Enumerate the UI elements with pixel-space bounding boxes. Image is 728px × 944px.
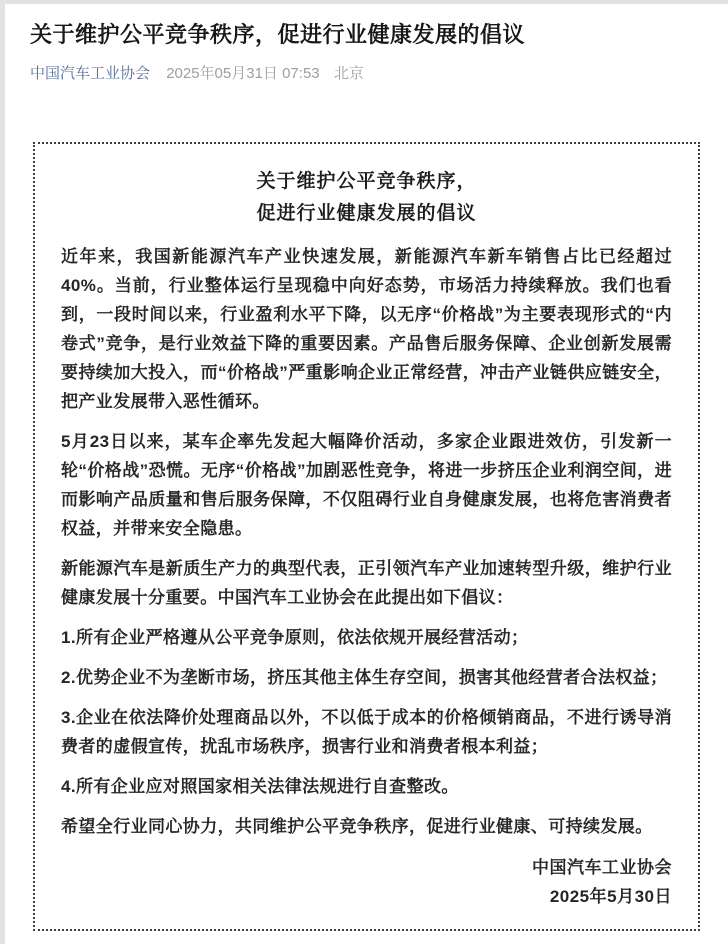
signature-block: 中国汽车工业协会 2025年5月30日 (61, 853, 672, 911)
document-paragraph: 近年来，我国新能源汽车产业快速发展，新能源汽车新车销售占比已经超过40%。当前，… (61, 242, 672, 416)
document-title-line-1: 关于维护公平竞争秩序， (61, 166, 672, 198)
document-paragraph: 1.所有企业严格遵从公平竞争原则，依法依规开展经营活动； (61, 623, 672, 652)
document-title-line-2: 促进行业健康发展的倡议 (61, 198, 672, 230)
publish-location: 北京 (334, 65, 364, 82)
announcement-document-image[interactable]: 关于维护公平竞争秩序， 促进行业健康发展的倡议 近年来，我国新能源汽车产业快速发… (33, 142, 700, 931)
document-title: 关于维护公平竞争秩序， 促进行业健康发展的倡议 (61, 166, 672, 230)
signature-date: 2025年5月30日 (61, 882, 672, 911)
article-title: 关于维护公平竞争秩序，促进行业健康发展的倡议 (30, 20, 700, 50)
document-paragraph: 2.优势企业不为垄断市场，挤压其他主体生存空间，损害其他经营者合法权益； (61, 663, 672, 692)
publish-date: 2025年05月31日 07:53 (166, 65, 319, 82)
document-paragraph: 5月23日以来，某车企率先发起大幅降价活动，多家企业跟进效仿，引发新一轮“价格战… (61, 427, 672, 543)
document-paragraph: 希望全行业同心协力，共同维护公平竞争秩序，促进行业健康、可持续发展。 (61, 812, 672, 841)
document-paragraphs: 近年来，我国新能源汽车产业快速发展，新能源汽车新车销售占比已经超过40%。当前，… (61, 242, 672, 841)
signature-name: 中国汽车工业协会 (61, 853, 672, 882)
document-paragraph: 新能源汽车是新质生产力的典型代表，正引领汽车产业加速转型升级，维护行业健康发展十… (61, 554, 672, 612)
article-header: 关于维护公平竞争秩序，促进行业健康发展的倡议 中国汽车工业协会 2025年05月… (0, 0, 728, 84)
document-paragraph: 3.企业在依法降价处理商品以外，不以低于成本的价格倾销商品，不进行诱导消费者的虚… (61, 703, 672, 761)
window-edge-left (0, 0, 5, 944)
window-edge-top (0, 0, 728, 4)
document-paragraph: 4.所有企业应对照国家相关法律法规进行自查整改。 (61, 772, 672, 801)
byline: 中国汽车工业协会 2025年05月31日 07:53 北京 (30, 63, 700, 84)
article-body: 关于维护公平竞争秩序， 促进行业健康发展的倡议 近年来，我国新能源汽车产业快速发… (0, 142, 728, 931)
account-name-link[interactable]: 中国汽车工业协会 (30, 65, 150, 82)
